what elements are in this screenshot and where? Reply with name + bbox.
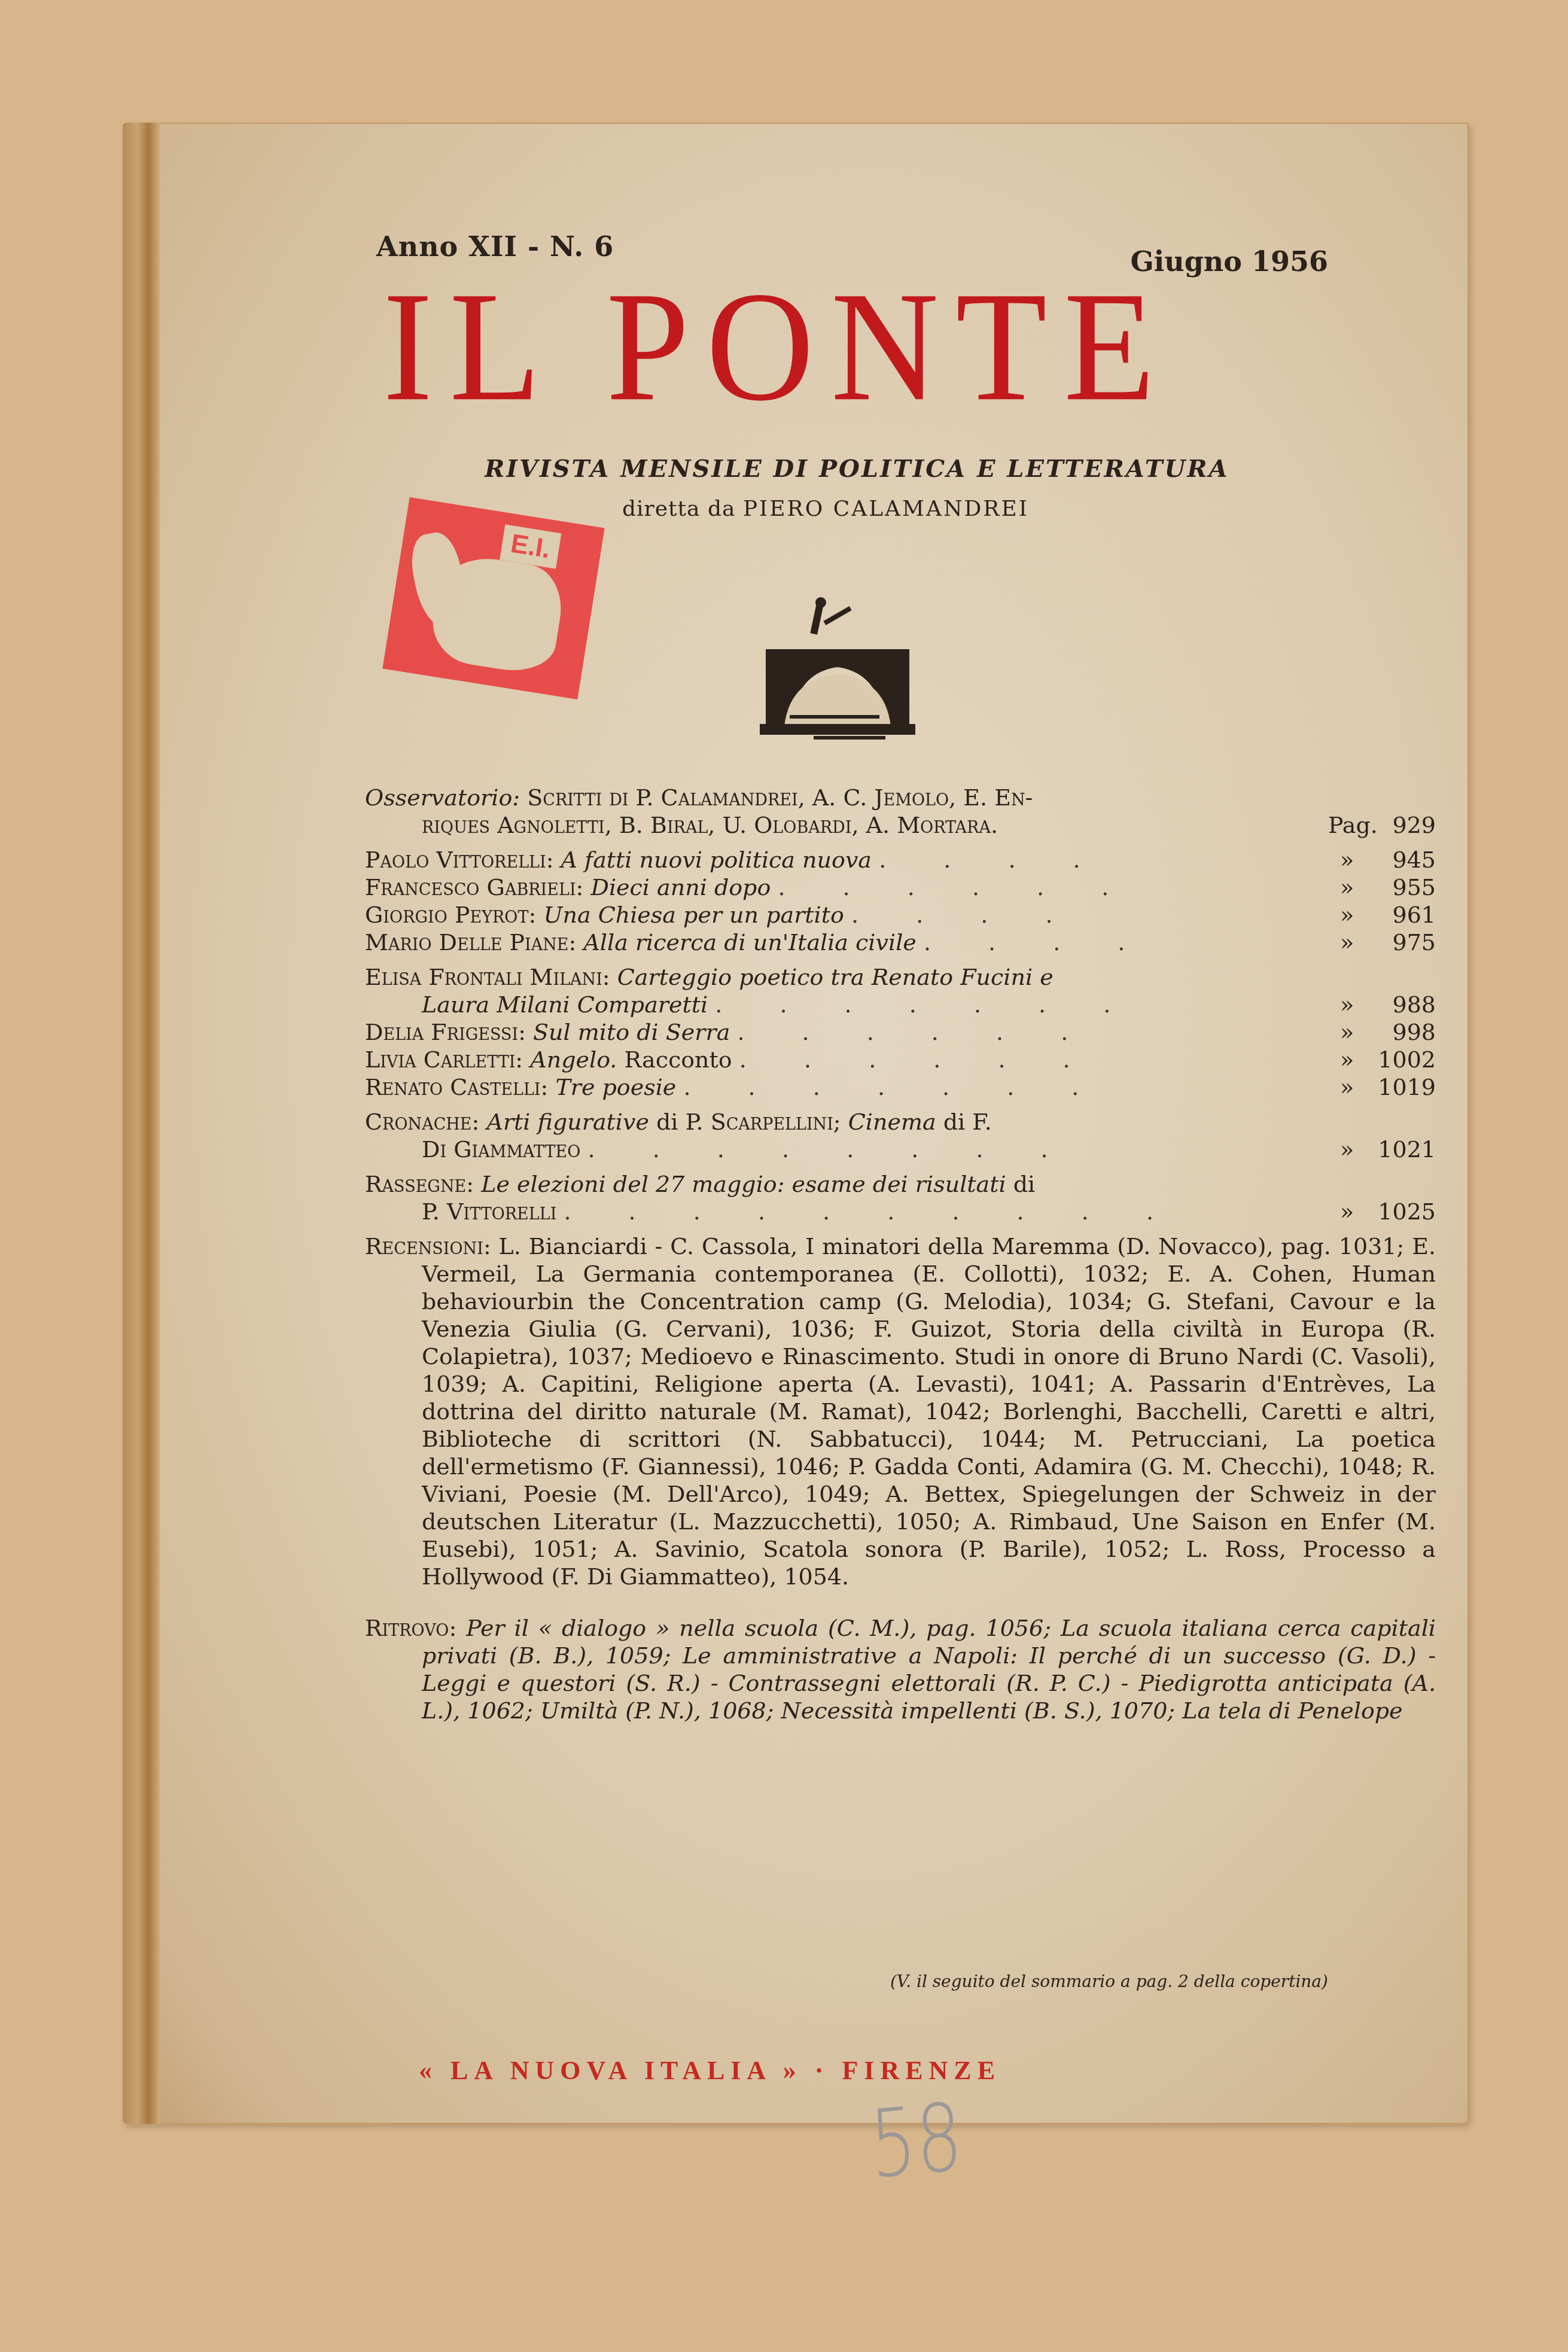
entry-title: Alla ricerca di un'Italia civile <box>583 929 916 956</box>
page-number: 998 <box>1392 1018 1436 1046</box>
table-of-contents: Osservatorio: Scritti di P. Calamandrei,… <box>365 784 1436 1724</box>
page-prefix: Pag. <box>1328 811 1378 839</box>
issue-number: Anno XII - N. 6 <box>376 230 614 263</box>
page-number: 961 <box>1392 901 1436 929</box>
continued-note: (V. il seguito del sommario a pag. 2 del… <box>890 1971 1328 1991</box>
toc-entry: Giorgio Peyrot: Una Chiesa per un partit… <box>365 901 1436 929</box>
toc-entry: Paolo Vittorelli: A fatti nuovi politica… <box>365 846 1436 874</box>
reviews-section: Recensioni: L. Bianciardi - C. Cassola, … <box>365 1233 1436 1590</box>
entry-title: Dieci anni dopo <box>590 874 771 900</box>
bridge-logo-icon <box>748 595 927 745</box>
entry-title: A fatti nuovi politica nuova <box>561 847 872 873</box>
toc-entry: Delia Frigessi: Sul mito di Serra . . . … <box>365 1018 1436 1046</box>
entry-author: Francesco Gabrieli: <box>365 874 583 900</box>
section-label: Cronache: <box>365 1109 479 1135</box>
page-number: 975 <box>1392 929 1436 956</box>
entry-text: Scritti di P. Calamandrei, A. C. Jemolo,… <box>527 784 1033 811</box>
library-stamp: E.I. <box>382 497 604 699</box>
entry-title: Tre poesie <box>555 1074 676 1100</box>
page-number: 929 <box>1392 811 1436 839</box>
entry-author: Giorgio Peyrot: <box>365 902 536 928</box>
ritrovo-section: Ritrovo: Per il « dialogo » nella scuola… <box>365 1614 1436 1724</box>
toc-entry: Renato Castelli: Tre poesie . . . . . . … <box>365 1073 1436 1101</box>
magazine-title: IL PONTE <box>383 269 1172 426</box>
toc-entry: Osservatorio: Scritti di P. Calamandrei,… <box>365 784 1436 839</box>
toc-entry: Livia Carletti: Angelo. Racconto . . . .… <box>365 1046 1436 1073</box>
entry-title: Una Chiesa per un partito <box>543 902 844 928</box>
section-label: Osservatorio: <box>365 784 520 811</box>
handwritten-number: 58 <box>867 2083 964 2199</box>
entry-author: Paolo Vittorelli: <box>365 847 553 873</box>
entry-title: Carteggio poetico tra Renato Fucini e <box>617 964 1054 990</box>
section-label: Rassegne: <box>365 1171 474 1197</box>
reviews-text: L. Bianciardi - C. Cassola, I minatori d… <box>422 1233 1436 1590</box>
publisher-line: « LA NUOVA ITALIA » · FIRENZE <box>419 2055 1001 2086</box>
page-number: 1002 <box>1378 1046 1436 1073</box>
page-number: 945 <box>1392 846 1436 874</box>
toc-entry: Elisa Frontali Milani: Carteggio poetico… <box>365 963 1436 1018</box>
entry-author: Renato Castelli: <box>365 1074 548 1100</box>
page-number: 988 <box>1392 991 1436 1018</box>
entry-author: Delia Frigessi: <box>365 1019 526 1045</box>
magazine-subtitle: RIVISTA MENSILE DI POLITICA E LETTERATUR… <box>485 455 1229 483</box>
toc-entry: Francesco Gabrieli: Dieci anni dopo . . … <box>365 874 1436 901</box>
entry-title: Sul mito di Serra <box>533 1019 730 1045</box>
page-number: 1021 <box>1378 1136 1436 1163</box>
page-number: 955 <box>1392 874 1436 901</box>
director-prefix: diretta da <box>622 497 735 521</box>
entry-title: Angelo. <box>530 1046 617 1073</box>
entry-text-cont: riques Agnoletti, B. Biral, U. Olobardi,… <box>422 811 1328 839</box>
page-number: 1025 <box>1378 1198 1436 1225</box>
toc-entry: Mario Delle Piane: Alla ricerca di un'It… <box>365 929 1436 956</box>
entry-author: Elisa Frontali Milani: <box>365 964 610 990</box>
section-label: Ritrovo: <box>365 1615 456 1641</box>
toc-entry: Cronache: Arti figurative di P. Scarpell… <box>365 1108 1436 1163</box>
section-label: Recensioni: <box>365 1233 491 1259</box>
entry-author: Livia Carletti: <box>365 1046 523 1073</box>
director-line: diretta da PIERO CALAMANDREI <box>622 497 1029 521</box>
spine-edge <box>123 123 160 2124</box>
magazine-cover: Anno XII - N. 6 Giugno 1956 IL PONTE RIV… <box>123 123 1469 2124</box>
toc-entry: Rassegne: Le elezioni del 27 maggio: esa… <box>365 1170 1436 1225</box>
director-name: PIERO CALAMANDREI <box>743 497 1029 521</box>
entry-subtitle: Racconto <box>625 1046 732 1073</box>
ritrovo-text: Per il « dialogo » nella scuola (C. M.),… <box>422 1615 1436 1724</box>
entry-author: Mario Delle Piane: <box>365 929 576 956</box>
page-number: 1019 <box>1378 1073 1436 1101</box>
